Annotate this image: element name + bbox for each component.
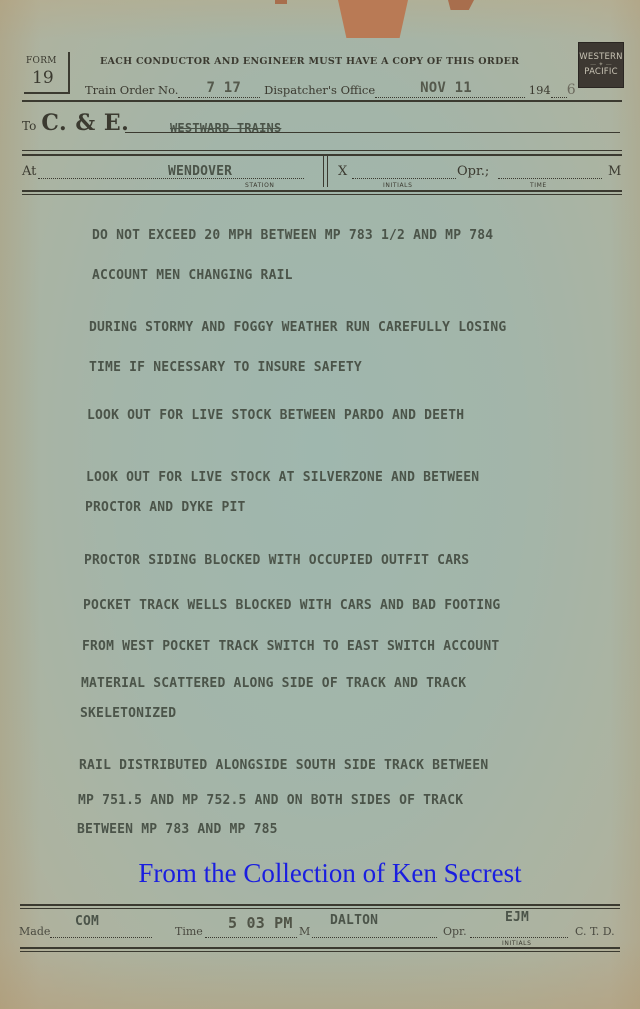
at-bottom-rule bbox=[22, 190, 622, 192]
time-label: Time bbox=[175, 925, 203, 938]
time-caption: TIME bbox=[530, 182, 547, 189]
footer-bottom-rule bbox=[20, 947, 620, 949]
station-value: WENDOVER bbox=[168, 164, 232, 179]
to-underline bbox=[22, 150, 622, 151]
order-line: MATERIAL SCATTERED ALONG SIDE OF TRACK A… bbox=[81, 676, 466, 691]
at-label: At bbox=[22, 164, 36, 179]
order-line: DO NOT EXCEED 20 MPH BETWEEN MP 783 1/2 … bbox=[92, 228, 493, 243]
year-prefix: 194 bbox=[529, 83, 551, 97]
to-label: To bbox=[22, 119, 36, 133]
logo-line2: PACIFIC bbox=[584, 68, 617, 77]
order-line: BETWEEN MP 783 AND MP 785 bbox=[77, 822, 278, 837]
dispatcher-label: Dispatcher's Office bbox=[264, 83, 375, 97]
at-bottom-rule-2 bbox=[22, 194, 622, 195]
order-line: PROCTOR AND DYKE PIT bbox=[85, 500, 246, 515]
torn-edge bbox=[448, 0, 474, 10]
location-value: DALTON bbox=[330, 913, 378, 928]
order-line: MP 751.5 AND MP 752.5 AND ON BOTH SIDES … bbox=[78, 793, 463, 808]
opr-label: Opr.; bbox=[457, 164, 489, 179]
train-order-line: Train Order No.7 17 Dispatcher's OfficeN… bbox=[85, 82, 576, 98]
train-order-label: Train Order No. bbox=[85, 83, 178, 97]
to-addressee: C. & E. bbox=[41, 110, 129, 136]
torn-edge bbox=[275, 0, 287, 4]
operator-value: EJM bbox=[505, 910, 529, 925]
at-top-rule bbox=[22, 154, 622, 156]
initials-dotted-line bbox=[352, 164, 456, 179]
order-line: LOOK OUT FOR LIVE STOCK AT SILVERZONE AN… bbox=[86, 470, 479, 485]
order-line: RAIL DISTRIBUTED ALONGSIDE SOUTH SIDE TR… bbox=[79, 758, 488, 773]
time-value: 5 03 PM bbox=[228, 914, 293, 932]
opr-dotted-line bbox=[470, 926, 568, 938]
order-date: NOV 11 bbox=[420, 80, 472, 96]
torn-corner bbox=[338, 0, 408, 38]
ctd-label: C. T. D. bbox=[575, 925, 615, 938]
made-dotted-line bbox=[50, 926, 152, 938]
western-pacific-logo: WESTERN — ✦ — PACIFIC bbox=[578, 42, 624, 88]
copy-notice: EACH CONDUCTOR AND ENGINEER MUST HAVE A … bbox=[100, 56, 519, 67]
station-caption: STATION bbox=[245, 182, 275, 189]
order-line: DURING STORMY AND FOGGY WEATHER RUN CARE… bbox=[89, 320, 506, 335]
opr-label: Opr. bbox=[443, 925, 467, 938]
footer-top-rule bbox=[20, 904, 620, 906]
initials-caption: INITIALS bbox=[502, 940, 532, 947]
initials-caption: INITIALS bbox=[383, 182, 413, 189]
order-line: PROCTOR SIDING BLOCKED WITH OCCUPIED OUT… bbox=[84, 553, 469, 568]
order-line: SKELETONIZED bbox=[80, 706, 176, 721]
m-label: M bbox=[299, 925, 310, 938]
made-value: COM bbox=[75, 914, 99, 929]
order-line: POCKET TRACK WELLS BLOCKED WITH CARS AND… bbox=[83, 598, 500, 613]
to-row: To C. & E. bbox=[22, 110, 129, 136]
footer-top-rule-2 bbox=[20, 908, 620, 909]
footer-bottom-rule-2 bbox=[20, 951, 620, 952]
form-label: FORM bbox=[26, 56, 57, 66]
order-line: LOOK OUT FOR LIVE STOCK BETWEEN PARDO AN… bbox=[87, 408, 464, 423]
to-value: WESTWARD TRAINS bbox=[170, 121, 281, 135]
order-line: FROM WEST POCKET TRACK SWITCH TO EAST SW… bbox=[82, 639, 499, 654]
time-dotted-line bbox=[498, 164, 602, 179]
order-line: TIME IF NECESSARY TO INSURE SAFETY bbox=[89, 360, 362, 375]
order-line: ACCOUNT MEN CHANGING RAIL bbox=[92, 268, 293, 283]
train-order-form: FORM 19 EACH CONDUCTOR AND ENGINEER MUST… bbox=[0, 0, 640, 1009]
m-label: M bbox=[608, 164, 621, 179]
train-order-number: 7 17 bbox=[206, 80, 241, 96]
year-suffix: 6 bbox=[567, 82, 576, 98]
x-label: X bbox=[338, 164, 347, 179]
header-rule bbox=[22, 100, 622, 102]
collection-credit: From the Collection of Ken Secrest bbox=[0, 858, 640, 889]
made-label: Made bbox=[19, 925, 50, 938]
form-number: 19 bbox=[32, 68, 54, 88]
column-divider bbox=[323, 156, 328, 187]
